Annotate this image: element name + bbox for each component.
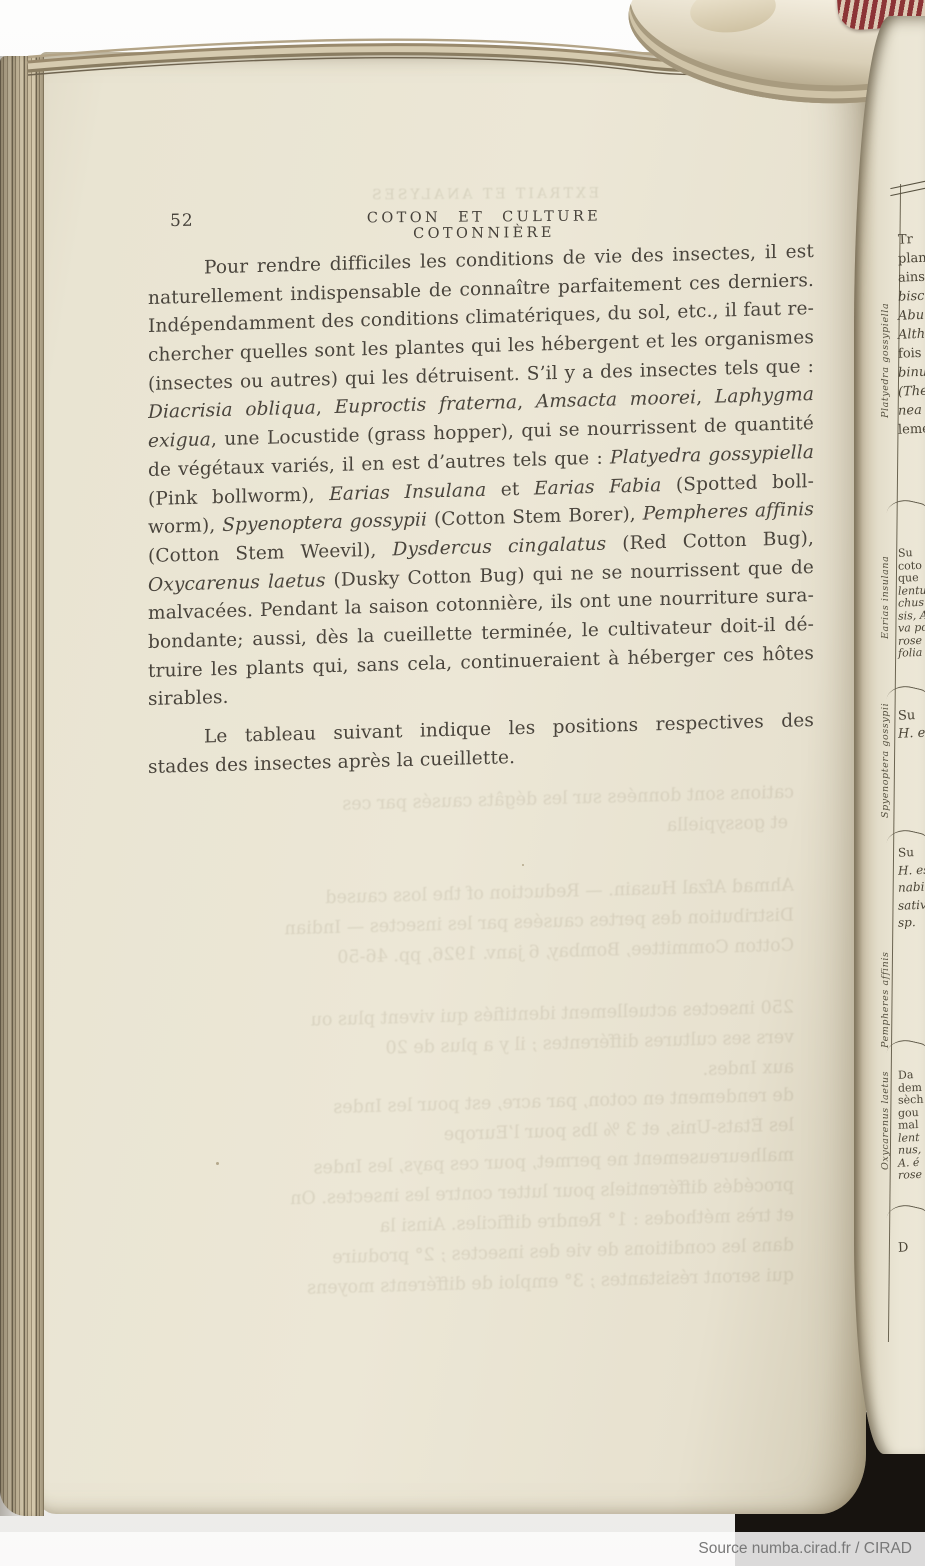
table-cell-fragment: nus, <box>898 1142 925 1156</box>
table-row-species-label: Earias insulana <box>880 537 894 657</box>
ghost-show-through-line: Cotton Committee, Bombay, 6 janv. 1926, … <box>178 936 794 973</box>
table-cell-fragment: Da <box>898 1067 925 1081</box>
paper-speck <box>736 482 738 485</box>
table-cell-fragment: Su <box>898 707 925 723</box>
table-cell-fragment: sp. <box>898 914 925 929</box>
table-cell-fragment: Tr <box>898 231 925 247</box>
table-cell-fragment: nabi <box>898 879 925 894</box>
table-top-rule-2 <box>890 187 925 196</box>
table-cell-fragment: Su <box>898 545 925 559</box>
table-row-species-label: Oxycarenus laetus <box>880 1050 894 1190</box>
table-row-separator <box>887 496 925 521</box>
table-cell-fragment: rose <box>898 1167 925 1181</box>
table-row-species-label: Spyenoptera gossypii <box>880 695 894 825</box>
table-cell-fragment: biscu <box>898 288 925 304</box>
left-page: EXTRAIT ET ANALYSES 52 COTON ET CULTURE … <box>36 52 866 1514</box>
page-number: 52 <box>170 211 194 231</box>
table-cell-fragment: va po <box>898 620 925 634</box>
table-cell-fragment: Su <box>898 844 925 859</box>
table-cell-fragment: H. e <box>898 725 925 741</box>
running-title: COTON ET CULTURE COTONNIÈRE <box>294 208 674 243</box>
table-cell-fragment: chus <box>898 595 925 609</box>
ghost-show-through-line: qui seront résistantes ; 3° emploi de di… <box>148 1266 794 1303</box>
table-cell-fragment: binu <box>898 364 925 380</box>
ghost-show-through-line: Ahmad Afzal Husain. — Reduction of the l… <box>178 876 794 913</box>
ghost-show-through-line: Distribution des pertes causées par les … <box>178 906 794 943</box>
table-cell-fragment: H. es <box>898 862 925 877</box>
scanned-book-page-photo: EXTRAIT ET ANALYSES 52 COTON ET CULTURE … <box>0 0 925 1566</box>
ghost-show-through-line: vers ses cultures différentes ; il y a p… <box>162 1028 794 1065</box>
table-row-species-label: Platyedra gossypiella <box>880 270 894 450</box>
table-cell-fragment: sativ <box>898 897 925 912</box>
table-cell-fragment: D <box>898 1239 925 1255</box>
table-cell-fragment: leme <box>898 421 925 437</box>
left-page-edge-stack <box>0 56 44 1516</box>
table-cell-fragment: (The <box>898 383 925 399</box>
table-cell-fragment: nea a <box>898 402 925 418</box>
paper-speck <box>522 864 524 866</box>
table-cell-fragment: ains <box>898 269 925 285</box>
table-row-separator <box>887 1201 925 1226</box>
table-cell-fragment: Alth <box>898 326 925 342</box>
table-cell-fragment: que <box>898 570 925 584</box>
table-cell-fragment: folia <box>898 645 925 659</box>
right-page: Platyedra gossypiellaTrplanainsbiscuAbuA… <box>854 16 925 1454</box>
table-cell-fragment: mal <box>898 1117 925 1131</box>
ghost-show-through-line: 250 insectes actuellement identifiés qui… <box>162 998 794 1035</box>
table-cell-fragment: Abu <box>898 307 925 323</box>
watermark-bar: Source numba.cirad.fr / CIRAD <box>0 1532 925 1566</box>
ghost-show-through-line: et gossypiella <box>488 813 788 841</box>
table-cell-fragment: fois <box>898 345 925 361</box>
watermark-text: Source numba.cirad.fr / CIRAD <box>698 1540 912 1557</box>
body-lines: Pour rendre difficiles les conditions de… <box>148 238 814 782</box>
ghost-show-through-header: EXTRAIT ET ANALYSES <box>294 185 674 204</box>
table-cell-fragment: sèch <box>898 1092 925 1106</box>
table-cell-fragment: plan <box>898 250 925 266</box>
paper-speck <box>216 1162 219 1165</box>
